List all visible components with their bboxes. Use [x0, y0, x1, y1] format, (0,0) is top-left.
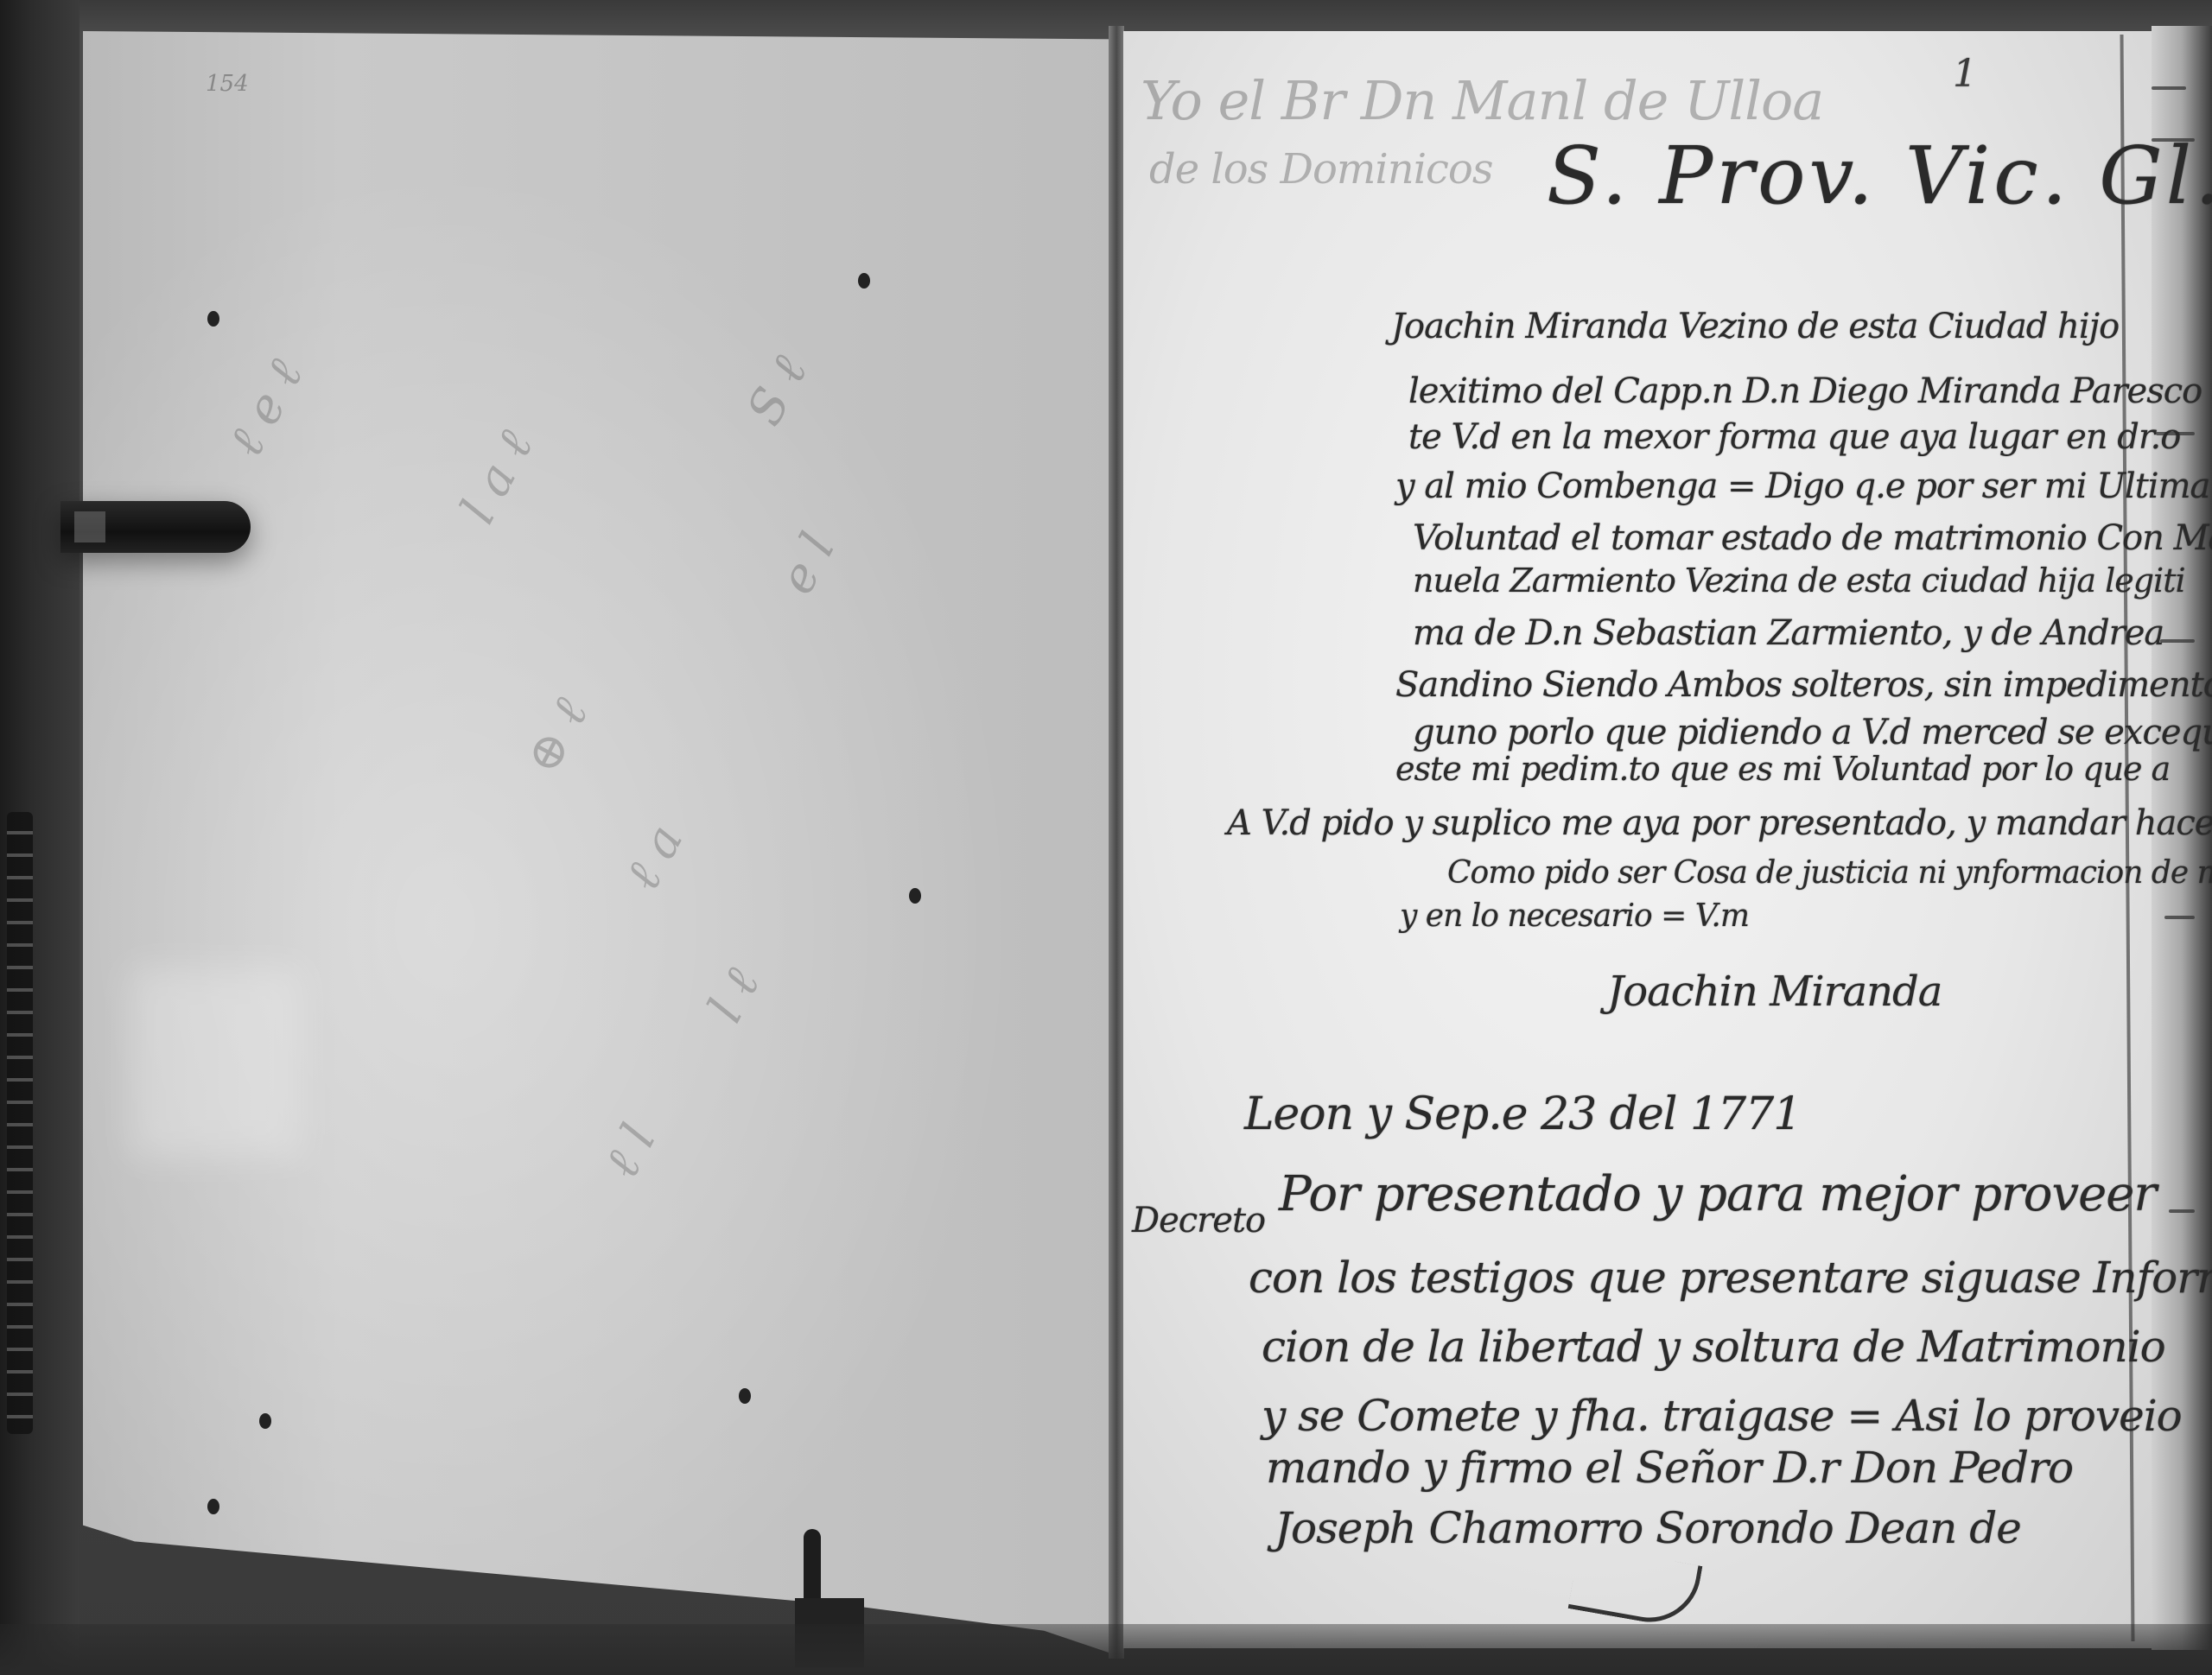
edge-page-ink [2164, 916, 2195, 919]
right-page-folio: 1 [1953, 52, 1976, 96]
petition-line: ma de D.n Sebastian Zarmiento, y de Andr… [1413, 613, 2164, 653]
scan-bottom-shadow [0, 1624, 2212, 1675]
edge-page-ink [2152, 86, 2186, 90]
document-heading: S. Prov. Vic. Gl. [1547, 130, 2212, 222]
margin-note-decreto: Decreto [1132, 1201, 1265, 1240]
ink-spot [739, 1388, 751, 1404]
prayer-line: y en lo necesario = V.m [1400, 898, 1749, 934]
petition-line: nuela Zarmiento Vezina de esta ciudad hi… [1413, 562, 2185, 600]
ink-spot [259, 1413, 271, 1429]
faint-header-line: de los Dominicos [1149, 145, 1492, 194]
clip-label [74, 511, 105, 542]
prayer-line: A V.d pido y suplico me aya por presenta… [1227, 803, 2212, 843]
scan-background: 154 ℓ e ℓ l a ℓ S ℓ e l ⊕ ℓ ℓ a l ℓ ℓ l … [0, 0, 2212, 1675]
ink-spot [858, 273, 870, 289]
left-page-folio: 154 [206, 71, 249, 97]
prayer-line: Como pido ser Cosa de justicia ni ynform… [1447, 855, 2212, 891]
petition-line: lexitimo del Capp.n D.n Diego Miranda Pa… [1408, 371, 2212, 411]
petition-line: Sandino Siendo Ambos solteros, sin imped… [1395, 665, 2212, 705]
ink-spot [207, 1499, 219, 1514]
ink-spot [207, 311, 219, 327]
petition-line: Voluntad el tomar estado de matrimonio C… [1413, 518, 2212, 558]
decree-line: Joseph Chamorro Sorondo Dean de [1274, 1503, 2021, 1553]
petition-line: y al mio Combenga = Digo q.e por ser mi … [1395, 466, 2209, 506]
decree-line: Por presentado y para mejor proveer [1279, 1166, 2156, 1222]
petition-line: te V.d en la mexor forma que aya lugar e… [1408, 417, 2180, 457]
decree-line: mando y firmo el Señor D.r Don Pedro [1266, 1443, 2073, 1493]
binding-stitches [7, 812, 33, 1434]
left-page-light-patch [130, 968, 302, 1158]
petition-line: Joachin Miranda Vezino de esta Ciudad hi… [1391, 307, 2119, 346]
edge-page-ink [2160, 639, 2195, 643]
faint-header-line: Yo el Br Dn Manl de Ulloa [1141, 69, 1823, 132]
book-gutter [1109, 26, 1124, 1659]
edge-page-ink [2169, 1209, 2195, 1213]
decree-line: y se Comete y fha. traigase = Asi lo pro… [1262, 1391, 2182, 1441]
ink-spot [909, 888, 921, 904]
date-line: Leon y Sep.e 23 del 1771 [1244, 1088, 1801, 1140]
decree-line: cion de la libertad y soltura de Matrimo… [1262, 1322, 2165, 1372]
petition-line: este mi pedim.to que es mi Voluntad por … [1395, 750, 2170, 788]
petition-line: guno porlo que pidiendo a V.d merced se … [1413, 713, 2212, 752]
decree-line: con los testigos que presentare siguase … [1249, 1253, 2212, 1303]
petitioner-signature: Joachin Miranda [1607, 968, 1942, 1016]
left-page [83, 31, 1116, 1655]
